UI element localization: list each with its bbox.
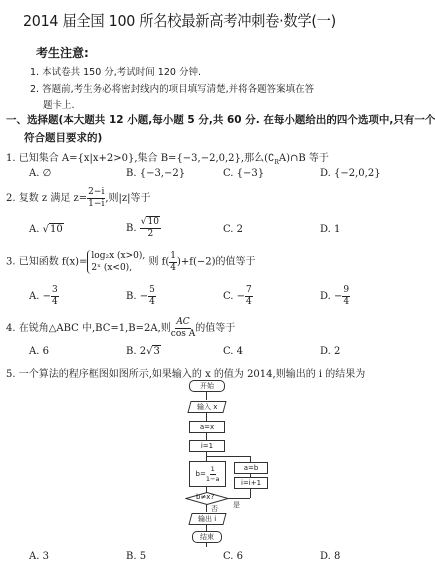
- notice-item-3: 题卡上.: [43, 97, 75, 111]
- q4-option-d[interactable]: D. 2: [320, 346, 340, 357]
- q1-option-a[interactable]: A. ∅: [29, 168, 51, 179]
- q1-option-b[interactable]: B. {−3,−2}: [126, 168, 185, 179]
- flowchart-compute-b: b=11−a: [189, 461, 226, 487]
- flowchart-condition: b≠x?: [196, 493, 214, 501]
- q2-option-a[interactable]: A. √10: [29, 224, 64, 235]
- question-5-stem: 5. 一个算法的程序框图如图所示,如果输入的 x 的值为 2014,则输出的 i…: [6, 365, 365, 380]
- q5-option-d[interactable]: D. 8: [320, 551, 340, 562]
- q3-option-b[interactable]: B. −54: [126, 286, 156, 307]
- q2-option-c[interactable]: C. 2: [223, 224, 243, 235]
- section-header-line2: 符合题目要求的): [24, 130, 102, 145]
- q1-option-c[interactable]: C. {−3}: [223, 168, 264, 179]
- q2-option-b[interactable]: B. √102: [126, 218, 161, 239]
- flowchart-start: 开始: [189, 380, 225, 392]
- flowchart-assign-i: i=1: [189, 440, 225, 452]
- flowchart-assign-a: a=x: [189, 421, 225, 433]
- q2-option-d[interactable]: D. 1: [320, 224, 340, 235]
- fraction: 2−i1−i: [87, 188, 105, 209]
- question-2-stem: 2. 复数 z 满足 z=2−i1−i,则|z|等于: [6, 188, 151, 209]
- q1-option-d[interactable]: D. {−2,0,2}: [320, 168, 381, 179]
- q4-option-a[interactable]: A. 6: [29, 346, 49, 357]
- q5-option-c[interactable]: C. 6: [223, 551, 243, 562]
- question-4-stem: 4. 在锐角△ABC 中,BC=1,B=2A,则ACcos A的值等于: [6, 318, 235, 339]
- notice-heading: 考生注意:: [36, 44, 89, 61]
- question-3-stem: 3. 已知函数 f(x)=log₂x (x>0),2ˣ (x<0), 则 f(1…: [6, 250, 256, 274]
- flowchart-end: 结束: [192, 531, 222, 543]
- piecewise-function: log₂x (x>0),2ˣ (x<0),: [87, 250, 145, 274]
- notice-item-2: 2. 答题前,考生务必将密封线内的项目填写清楚,并将各题答案填在答: [30, 81, 314, 95]
- question-1-stem: 1. 已知集合 A={x|x+2>0},集合 B={−3,−2,0,2},那么(…: [6, 149, 329, 166]
- q3-option-c[interactable]: C. −74: [223, 286, 253, 307]
- q3-option-d[interactable]: D. −94: [320, 286, 350, 307]
- flowchart-yes-label: 是: [233, 500, 240, 510]
- flowchart-output: 输出 i: [188, 513, 226, 525]
- flowchart-input: 输入 x: [187, 401, 226, 413]
- q3-option-a[interactable]: A. −34: [29, 286, 59, 307]
- q5-option-a[interactable]: A. 3: [29, 551, 49, 562]
- section-header-line1: 一、选择题(本大题共 12 小题,每小题 5 分,共 60 分. 在每小题给出的…: [6, 112, 435, 127]
- exam-title: 2014 届全国 100 所名校最新高考冲刺卷·数学(一): [23, 9, 336, 31]
- flowchart-update-a: a=b: [234, 462, 268, 474]
- flowchart-increment-i: i=i+1: [234, 477, 268, 489]
- q5-option-b[interactable]: B. 5: [126, 551, 146, 562]
- q4-option-b[interactable]: B. 2√3: [126, 346, 161, 357]
- q4-option-c[interactable]: C. 4: [223, 346, 243, 357]
- notice-item-1: 1. 本试卷共 150 分,考试时间 120 分钟.: [30, 64, 201, 78]
